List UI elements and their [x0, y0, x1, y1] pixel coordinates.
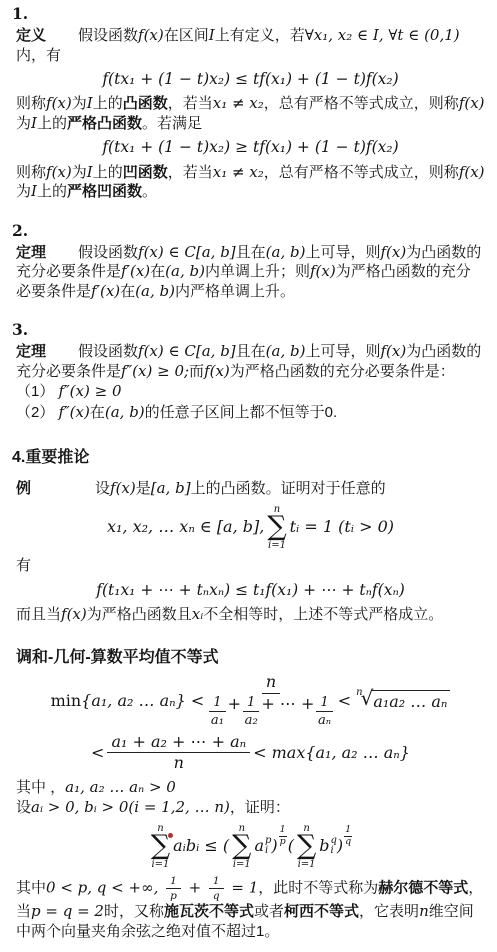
math-run: f(x)	[459, 94, 485, 112]
math-run: f(x) ∈ C[a, b]	[138, 342, 236, 360]
text-run: 内严格单调上升。	[175, 283, 295, 300]
text-run: 上可导，则	[305, 343, 380, 360]
math-run: f(tx₁ + (1 − t)x₂) ≥ tf(x₁) + (1 − t)f(x…	[102, 138, 398, 157]
math-run: p	[170, 890, 177, 902]
text-run: ，总有严格不等式成立，则称	[264, 164, 459, 181]
text-run: 则称	[16, 95, 46, 112]
document-page: 1.定义假设函数f(x)在区间I上有定义，若∀x₁, x₂ ∈ I, ∀t ∈ …	[0, 0, 497, 952]
math-run: f(x)	[110, 479, 136, 497]
text-run: 假设函数	[78, 343, 138, 360]
math-run: n	[174, 754, 184, 772]
text-run: 上的	[37, 183, 67, 200]
text-run: 。	[142, 183, 157, 200]
math-run: f(tx₁ + (1 − t)x₂) ≤ tf(x₁) + (1 − t)f(x…	[102, 70, 398, 89]
text-run: 有	[16, 557, 31, 574]
nth-root: n√a₁a₂ … aₙ	[356, 690, 450, 712]
concave-definition-paragraph: 则称f(x)为I上的凹函数，若当x₁ ≠ x₂，总有严格不等式成立，则称f(x)…	[16, 163, 485, 202]
text-run: 而且当	[16, 606, 61, 623]
math-run: f(x)	[46, 163, 72, 181]
fraction: a₁ + a₂ + ⋯ + aₙn	[107, 733, 250, 773]
math-run: 1	[320, 695, 328, 710]
math-run: f″(x) ≥ 0;	[121, 362, 189, 380]
summation-symbol: n∑i=1	[297, 823, 316, 870]
math-run: aₙ	[318, 713, 331, 728]
section-3-number: 3.	[12, 320, 485, 339]
math-run: f′(x)	[121, 262, 150, 280]
mean-inequality-heading: 调和-几何-算数平均值不等式	[16, 644, 485, 667]
math-run: f(x) ∈ C[a, b]	[138, 243, 236, 261]
bold-term: 赫尔德不等式	[378, 880, 468, 897]
text-run: 则称	[16, 164, 46, 181]
text-run: ，此时不等式称为	[258, 880, 378, 897]
text-run: 上的	[93, 95, 123, 112]
text-run: ，总有严格不等式成立，则称	[264, 95, 459, 112]
condition-1-item: （1） f″(x) ≥ 0	[16, 382, 485, 402]
math-run: (a, b)	[135, 282, 175, 300]
text-run: ，证明：	[230, 799, 290, 816]
text-run: 在	[90, 404, 105, 421]
math-run: x₁, x₂, … xₙ ∈ [a, b],	[107, 517, 264, 537]
have-paragraph: 有	[16, 556, 485, 576]
bold-term: 定理	[16, 244, 46, 261]
sub-sup-term: api	[254, 836, 271, 857]
math-run: a₁ + a₂ + ⋯ + aₙ	[111, 733, 246, 751]
math-run: +	[228, 695, 241, 713]
bold-term: 定理	[16, 343, 46, 360]
arithmetic-max-mean-formula: < a₁ + a₂ + ⋯ + aₙn < max{a₁, a₂ … aₙ}	[16, 733, 485, 773]
math-roman-run: min	[51, 691, 82, 711]
red-annotation-dot	[168, 833, 173, 838]
fraction: 1aₙ	[316, 695, 332, 728]
text-run: 的任意子区间上都不恒等于0.	[145, 404, 338, 421]
bold-term: 凹函数	[123, 164, 168, 181]
text-run: 为	[16, 115, 31, 132]
second-derivative-theorem-paragraph: 定理假设函数f(x) ∈ C[a, b]且在(a, b)上可导，则f(x)为凸函…	[16, 342, 485, 381]
text-run: 假设函数	[78, 244, 138, 261]
bold-term: 柯西不等式	[284, 903, 359, 920]
fraction: 1a₁	[209, 695, 225, 728]
positive-terms-paragraph: 其中 ，a₁, a₂ … aₙ > 0	[16, 778, 485, 798]
math-run: f″(x)	[59, 403, 90, 421]
fraction: 1a₂	[243, 695, 259, 728]
convex-inequality-formula: f(tx₁ + (1 − t)x₂) ≤ tf(x₁) + (1 − t)f(x…	[16, 70, 485, 89]
math-run: n	[419, 902, 429, 920]
text-run: ，它表明	[359, 903, 419, 920]
text-run: 假设函数	[78, 27, 138, 44]
text-run: 其中	[16, 880, 46, 897]
math-run: = 1	[227, 879, 259, 897]
text-run: 上的	[37, 115, 67, 132]
math-run: [a, b]	[151, 479, 191, 497]
holder-inequality-formula: n∑i=1 aᵢbᵢ ≤ (n∑i=1api)1p(n∑i=1bqi)1q	[16, 823, 485, 870]
condition-2-item: （2） f″(x)在(a, b)的任意子区间上都不恒等于0.	[16, 403, 485, 423]
definition-intro-paragraph: 定义假设函数f(x)在区间I上有定义，若∀x₁, x₂ ∈ I, ∀t ∈ (0…	[16, 26, 485, 65]
fraction: 1q	[209, 875, 224, 902]
summation-symbol: n∑i=1	[232, 823, 251, 870]
text-run: ，若当	[168, 95, 213, 112]
math-run: f(x)	[46, 94, 72, 112]
math-run: f(x)	[380, 342, 406, 360]
text-run: 设	[95, 480, 110, 497]
math-run: a₁, a₂ … aₙ > 0	[65, 778, 176, 796]
text-run: 为	[72, 95, 87, 112]
math-run: f(x)	[138, 26, 164, 44]
text-run: ，若当	[168, 164, 213, 181]
harmonic-geometric-mean-formula: min{a₁, a₂ … aₙ} < n1a₁ + 1a₂ + ⋯ + 1aₙ …	[16, 673, 485, 728]
math-run: 1	[247, 695, 255, 710]
strict-jensen-paragraph: 而且当f(x)为严格凸函数且xᵢ不全相等时，上述不等式严格成立。	[16, 605, 485, 625]
math-run: a₁	[211, 713, 224, 728]
example-paragraph: 例设f(x)是[a, b]上的凸函数。证明对于任意的	[16, 479, 485, 499]
text-run: 是	[136, 480, 151, 497]
bold-term: 定义	[16, 27, 46, 44]
text-run: 为	[72, 164, 87, 181]
math-run: xᵢ	[192, 605, 203, 623]
math-run: aᵢ > 0, bᵢ > 0(i = 1,2, … n)	[31, 798, 230, 816]
math-run: f(x)	[380, 243, 406, 261]
text-run: （2）	[16, 404, 59, 421]
text-run: 内，有	[16, 47, 61, 64]
math-run: 1	[213, 875, 220, 887]
bold-term: 严格凸函数	[67, 115, 142, 132]
text-run: 为	[16, 183, 31, 200]
text-run: 上的	[93, 164, 123, 181]
bold-term: 例	[16, 480, 31, 497]
math-run: < max{a₁, a₂ … aₙ}	[253, 743, 410, 763]
concave-inequality-formula: f(tx₁ + (1 − t)x₂) ≥ tf(x₁) + (1 − t)f(x…	[16, 138, 485, 157]
first-derivative-theorem-paragraph: 定理假设函数f(x) ∈ C[a, b]且在(a, b)上可导，则f(x)为凸函…	[16, 243, 485, 302]
math-run: f(x)	[459, 163, 485, 181]
math-run: x₁ ≠ x₂	[213, 94, 264, 112]
text-run: 且在	[236, 343, 266, 360]
math-run: + ⋯ +	[261, 695, 314, 713]
math-run: f(x)	[204, 362, 230, 380]
math-run: f(x)	[61, 605, 87, 623]
text-run: 上可导，则	[305, 244, 380, 261]
section-1-number: 1.	[12, 4, 485, 23]
text-run: 上有定义，若	[215, 27, 305, 44]
text-run: 在	[150, 263, 165, 280]
bold-term: 严格凹函数	[67, 183, 142, 200]
superscript-fraction: 1q	[344, 825, 352, 847]
math-run: <	[91, 743, 104, 763]
math-run: f′(x)	[91, 282, 120, 300]
math-run: a₂	[245, 713, 258, 728]
math-run: f(x)	[310, 262, 336, 280]
text-run: 在	[120, 283, 135, 300]
math-run: (a, b)	[266, 243, 306, 261]
math-run: {a₁, a₂ … aₙ} <	[81, 691, 204, 711]
math-run: )	[337, 836, 343, 856]
math-run: q	[213, 890, 220, 902]
text-run: 不全相等时，上述不等式严格成立。	[203, 606, 443, 623]
summation-symbol: n∑i=1	[267, 504, 286, 551]
sub-sup-term: bqi	[319, 836, 337, 857]
math-run: f″(x) ≥ 0	[59, 382, 122, 400]
math-run: +	[184, 879, 206, 897]
math-run: x₁ ≠ x₂	[213, 163, 264, 181]
holder-setup-paragraph: 设aᵢ > 0, bᵢ > 0(i = 1,2, … n)，证明：	[16, 798, 485, 818]
weights-sum-formula: x₁, x₂, … xₙ ∈ [a, b], n∑i=1 tᵢ = 1 (tᵢ …	[16, 504, 485, 551]
bold-term: 凸函数	[123, 95, 168, 112]
math-run: (a, b)	[165, 262, 205, 280]
text-run: 而	[189, 363, 204, 380]
summation-symbol: n∑i=1	[151, 823, 170, 870]
bold-term: 施瓦茨不等式	[164, 903, 254, 920]
text-run: 在区间	[164, 27, 209, 44]
text-run: 上的凸函数。证明对于任意的	[191, 480, 386, 497]
math-run: (	[288, 836, 294, 856]
math-run: (a, b)	[266, 342, 306, 360]
math-run: 1	[170, 875, 177, 887]
text-run: 或者	[254, 903, 284, 920]
math-run: p = q = 2	[31, 902, 104, 920]
important-corollary-heading: 4.重要推论	[12, 444, 485, 467]
text-run: 设	[16, 799, 31, 816]
convex-definition-paragraph: 则称f(x)为I上的凸函数，若当x₁ ≠ x₂，总有严格不等式成立，则称f(x)…	[16, 94, 485, 133]
text-run: 为严格凸函数的充分必要条件是：	[230, 363, 455, 380]
text-run: （1）	[16, 383, 59, 400]
fraction: 1p	[166, 875, 181, 902]
text-run: 其中 ，	[16, 779, 65, 796]
superscript-fraction: 1p	[279, 825, 287, 847]
jensen-inequality-formula: f(t₁x₁ + ⋯ + tₙxₙ) ≤ t₁f(x₁) + ⋯ + tₙf(x…	[16, 581, 485, 600]
section-2-number: 2.	[12, 221, 485, 240]
text-run: 且在	[236, 244, 266, 261]
math-run: 1	[213, 695, 221, 710]
math-run: n	[266, 673, 276, 691]
text-run: 内单调上升；则	[205, 263, 310, 280]
math-run: ∀x₁, x₂ ∈ I, ∀t ∈ (0,1)	[305, 26, 460, 44]
text-run: 。若满足	[142, 115, 202, 132]
text-run: 为严格凸函数且	[87, 606, 192, 623]
math-run: )	[271, 836, 277, 856]
math-run: 0 < p, q < +∞,	[46, 879, 163, 897]
fraction: n1a₁ + 1a₂ + ⋯ + 1aₙ	[207, 673, 334, 728]
math-run: (a, b)	[105, 403, 145, 421]
text-run: 时，又称	[104, 903, 164, 920]
math-run: aᵢbᵢ ≤ (	[173, 836, 229, 856]
holder-cauchy-explanation-paragraph: 其中0 < p, q < +∞, 1p + 1q = 1，此时不等式称为赫尔德不…	[16, 875, 485, 941]
math-run: <	[338, 691, 351, 711]
math-run: f(t₁x₁ + ⋯ + tₙxₙ) ≤ t₁f(x₁) + ⋯ + tₙf(x…	[96, 581, 405, 600]
math-run: tᵢ = 1 (tᵢ > 0)	[290, 517, 394, 537]
